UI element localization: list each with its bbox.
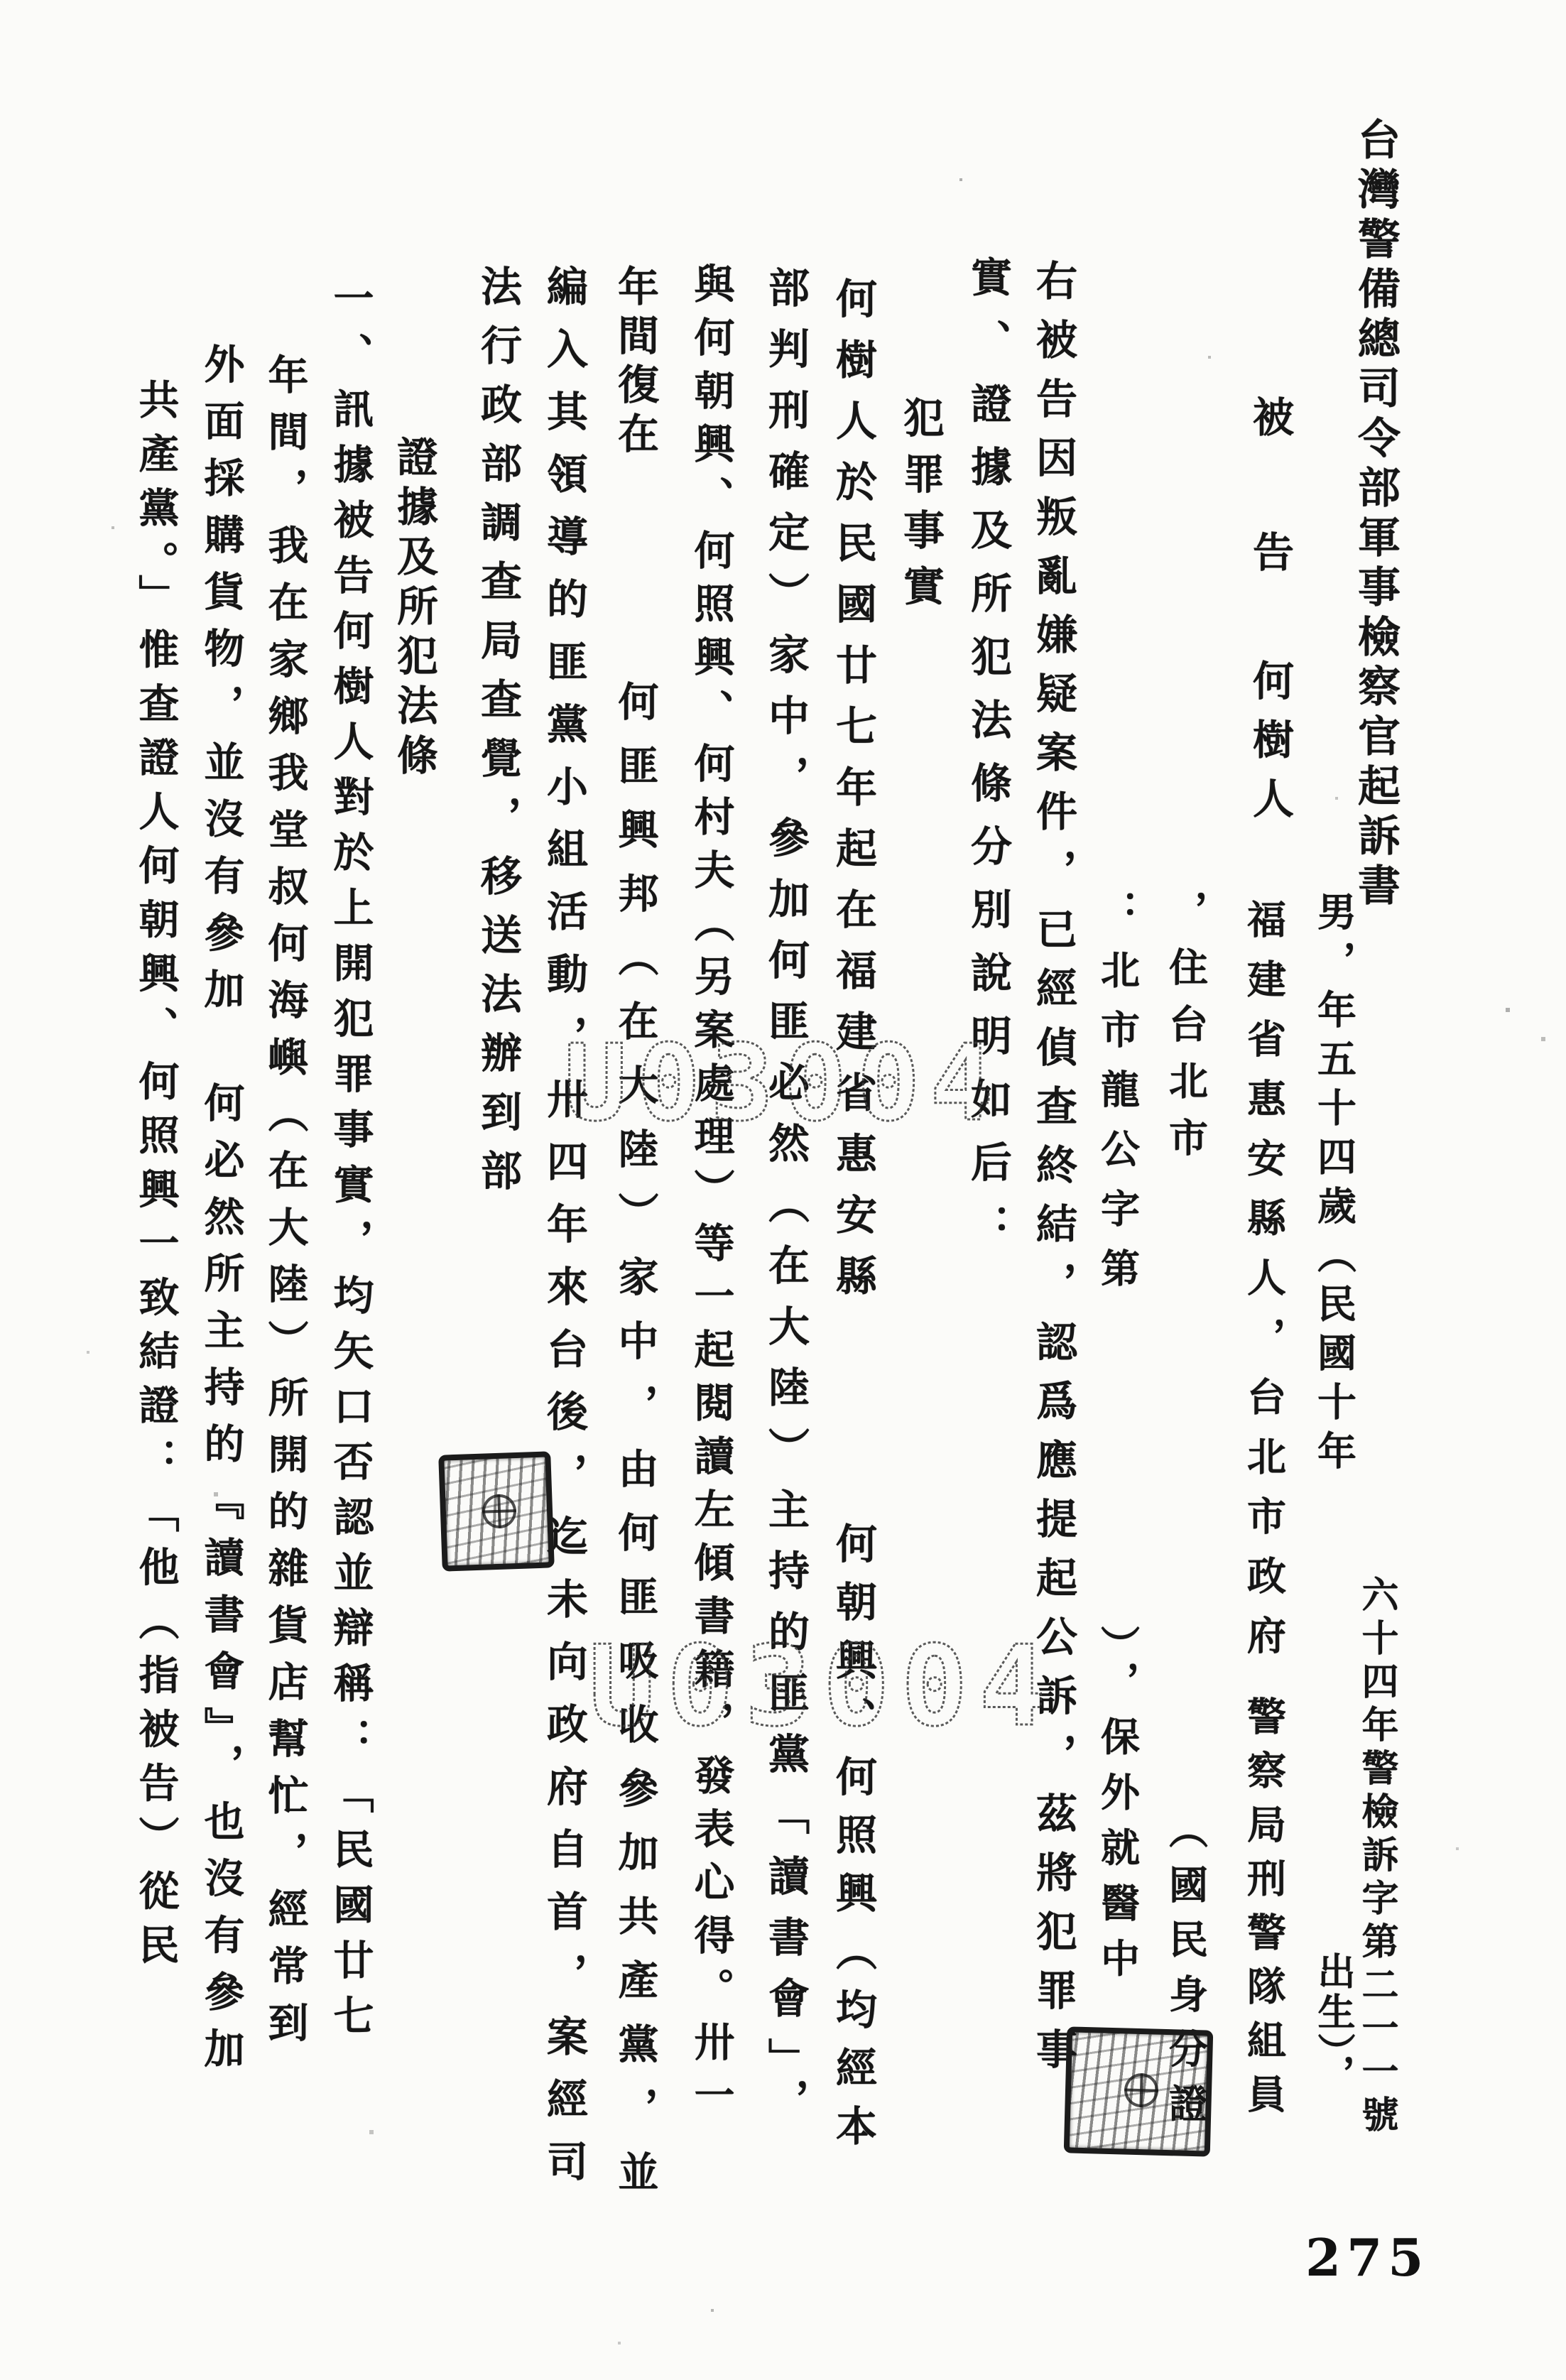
facts-column-1b: 何朝興、何照興（均經本 <box>830 1522 875 2163</box>
watermark-text: U03004 <box>564 1028 1004 1142</box>
evidence-column-3: 外面採購貨物，並沒有參加 何必然所主持的『讀書會』，也沒有參加 <box>197 343 243 2085</box>
evidence-column-4: 共產黨。」惟查證人何朝興、何照興一致結證：「他（指被告）從民 <box>132 379 178 1978</box>
evidence-column-1: 一、訊據被告何樹人對於上開犯罪事實，均矢口否認並辯稱：「民國廿七 <box>327 277 372 2050</box>
defendant-info-origin: 福建省惠安縣人，台北市政府 <box>1240 899 1285 1675</box>
facts-column-3: 與何朝興、何照興、何村夫（另案處理）等一起閱讀左傾書籍，發表心得。卅一 <box>687 263 733 2127</box>
document-title: 台灣警備總司令部軍事檢察官起訴書 <box>1353 117 1398 913</box>
defendant-info-residence: ，住台北市 <box>1162 890 1207 1174</box>
defendant-info-occupation: 警察局刑警隊組員 <box>1240 1696 1285 2128</box>
facts-section-heading: 犯罪事實 <box>897 396 942 621</box>
watermark-band-upper: U03004 <box>561 1028 1111 1142</box>
case-number: 六十四年警檢訴字第二一一號 <box>1353 1575 1398 2139</box>
facts-column-4a: 年間復在 <box>611 265 657 461</box>
evidence-section-heading: 證據及所犯法條 <box>391 435 436 783</box>
facts-column-1a: 何樹人於民國廿七年起在福建省惠安縣 <box>830 277 875 1315</box>
scanned-indictment-page: 台灣警備總司令部軍事檢察官起訴書 六十四年警檢訴字第二一一號 被告 何樹人 男，… <box>0 0 1566 2380</box>
defendant-label: 被告 <box>1246 396 1292 665</box>
facts-column-5: 編入其領導的匪黨小組活動，卅四年來台後，迄未向政府自首，案經司 <box>540 265 586 2202</box>
defendant-name: 何樹人 <box>1246 659 1292 836</box>
scan-noise <box>0 0 1 1</box>
facts-column-2: 部判刑確定）家中，參加何匪必然（在大陸）主持的匪黨「讀書會」， <box>762 266 808 2139</box>
ink-seal-icon <box>1064 2026 1214 2156</box>
ink-seal-icon <box>438 1451 555 1571</box>
facts-column-6: 法行政部調查局查覺，移送法辦到部 <box>474 265 520 1208</box>
page-number: 275 <box>1305 2227 1429 2288</box>
evidence-column-2: 年間，我在家鄉我堂叔何海嶼（在大陸）所開的雜貨店幫忙，經常到 <box>261 354 307 2058</box>
defendant-info-sex-age: 男，年五十四歲（民國十年 <box>1310 891 1356 1479</box>
preamble-column-1: 右被告因叛亂嫌疑案件，已經偵查終結，認爲應提起公訴，茲將犯罪事 <box>1030 259 1075 2087</box>
watermark-band-lower: U03004 <box>586 1628 1161 1749</box>
defendant-info-birth: 出生）， <box>1310 1952 1356 2095</box>
facts-column-4b: 何匪興邦（在大陸）家中，由何匪吸收參加共產黨，並 <box>611 680 657 2215</box>
seal-core-icon <box>482 1494 517 1529</box>
seal-core-icon <box>1124 2073 1158 2108</box>
watermark-text: U03004 <box>589 1628 1057 1749</box>
